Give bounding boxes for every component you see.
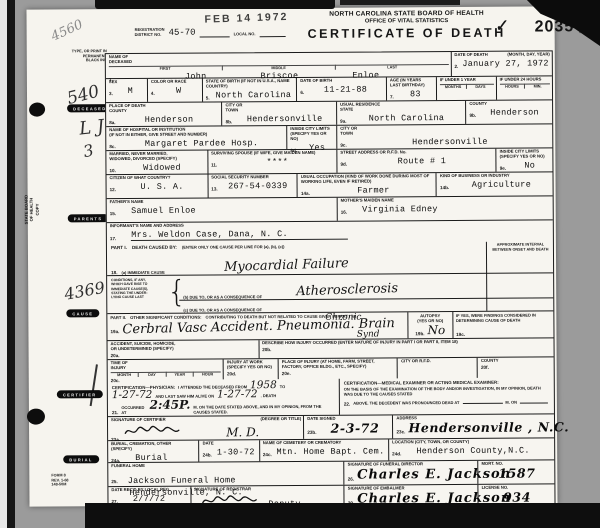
field-label-row: CITY OR TOWN (340, 125, 550, 136)
margin-handwriting-lj: L J (78, 116, 105, 140)
form-rows-injury: ACCIDENT, SUICIDE, HOMICIDE, OR UNDETERM… (108, 338, 554, 380)
interval-column-header: APPROXIMATE INTERVAL BETWEEN ONSET AND D… (489, 242, 552, 251)
field-label: CITIZEN OF WHAT COUNTRY? (110, 176, 171, 181)
form-row: NAME OF HOSPITAL OR INSTITUTION (IF NOT … (106, 124, 552, 151)
field-value: Hendersonville , N.C. (408, 421, 569, 434)
conditions-note: CONDITIONS, IF ANY, WHICH GAVE RISE TO I… (107, 276, 167, 313)
field-value-row: 20a. (111, 352, 257, 358)
field-label: DATE OF BIRTH (300, 79, 332, 84)
field-value: **** (267, 157, 289, 167)
field-label: MOTHER'S MAIDEN NAME (341, 198, 394, 203)
field-number: 19b. (415, 331, 424, 336)
sub-column-label: DAY (138, 372, 166, 378)
local-number-label: LOCAL NO. (234, 32, 256, 37)
field-number: 20c. (111, 378, 120, 383)
scan-edge-bottom (85, 503, 600, 528)
field-cell: IF UNDER 1 YEARMONTHSDAYS (437, 77, 497, 100)
field-number: 2. (454, 64, 458, 69)
field-number: 23b. (307, 430, 316, 435)
scan-edge-top (95, 0, 335, 9)
field-number: 9c. (340, 143, 346, 148)
sub-column-label: FIRST (109, 65, 222, 71)
field-number: 24d. (392, 451, 401, 456)
field-number: 16. (341, 210, 347, 215)
field-number: 5. (206, 95, 210, 100)
field-label: SOCIAL SECURITY NUMBER (211, 175, 269, 180)
field-value-row: 9d.Route # 1 (340, 156, 493, 167)
field-value: January 27, 1972 (462, 58, 548, 69)
field-cell: DATE OF BIRTH6.11-21-88 (297, 77, 387, 101)
tab-cause: CAUSE (66, 309, 99, 317)
field-label-row: STATE OF BIRTH (IF NOT IN U.S.A., NAME C… (206, 79, 295, 89)
field-number: 25. (111, 479, 117, 484)
field-label: CITY OR TOWN (340, 127, 357, 137)
field-label: ACCIDENT, SUICIDE, HOMICIDE, OR UNDETERM… (111, 342, 176, 352)
field-value-row: 23b.2-3-72 (307, 422, 390, 435)
sub-column-label: YEAR (165, 372, 193, 378)
sub-column-label: HOURS (500, 84, 525, 90)
field-value: U. S. A. (140, 182, 183, 192)
field-label-row: SEX (109, 80, 145, 85)
field-label: USUAL RESIDENCE STATE (340, 102, 380, 112)
field-cell: SIGNATURE OF FUNERAL DIRECTOR26.Charles … (345, 461, 479, 485)
field-number: 7. (390, 94, 394, 99)
board-name: NORTH CAROLINA STATE BOARD OF HEALTH (302, 10, 512, 18)
field-value-row: 1587 (481, 467, 552, 480)
field-value: Burial (135, 453, 167, 463)
due-to-line-b: (b) DUE TO, OR AS A CONSEQUENCE OF Ather… (179, 273, 553, 300)
field-number: 19c. (456, 332, 465, 337)
field-number: 9a. (340, 119, 346, 124)
field-value-row: 8b.Hendersonville (226, 114, 335, 125)
field-value-row: 20d. (227, 371, 276, 376)
pronounced-dead-blank (462, 397, 502, 404)
examiner-line-2: ABOVE. THE DECEDENT WAS PRONOUNCED DEAD … (353, 400, 459, 406)
local-number-blank-rule (260, 30, 286, 37)
field-label-row: CITIZEN OF WHAT COUNTRY? (110, 176, 206, 182)
field-label: CITY OR R.F.D. (401, 359, 431, 364)
one-cause-note: (ENTER ONLY ONE CAUSE PER LINE FOR (a), … (182, 244, 284, 250)
field-value: 83 (410, 89, 421, 99)
last-seen-alive-value: 1-27-72 (217, 391, 258, 400)
field-number: 11. (211, 162, 217, 167)
field-value-row: 24c.Mtn. Home Bapt. Cem. (263, 446, 386, 457)
examiner-body-text: ON THE BASIS OF THE EXAMINATION OF THE B… (344, 385, 551, 397)
field-cell: LOCATION (CITY, TOWN, OR COUNTY)24d.Hend… (389, 438, 554, 460)
part1-label: PART I. (111, 245, 127, 250)
field-value: Henderson (145, 115, 194, 125)
registration-district-value: 45-70 (169, 28, 196, 38)
field-value: Henderson (490, 107, 539, 117)
field-label: COUNTY (481, 359, 499, 364)
due-to-lines: (b) DUE TO, OR AS A CONSEQUENCE OF Ather… (179, 273, 553, 312)
field-value-row: 14a.Farmer (301, 185, 434, 196)
field-cell: NAME OF HOSPITAL OR INSTITUTION (IF NOT … (106, 126, 287, 150)
field-label-row: IF UNDER 1 YEAR (440, 78, 494, 83)
field-number: 15. (110, 211, 116, 216)
examiner-cert-title: CERTIFICATION—MEDICAL EXAMINER OR ACTING… (344, 380, 499, 386)
field-cell: TIME OF INJURYMONTHDAYYEARHOUR20c. (108, 359, 224, 380)
field-label: MARRIED, NEVER MARRIED, WIDOWED, DIVORCE… (109, 152, 177, 162)
field-sub-columns: MONTHDAYYEARHOUR (111, 371, 221, 377)
field-number: 20b. (262, 347, 271, 352)
field-cell: SURVIVING SPOUSE (IF WIFE, GIVE MAIDEN N… (208, 150, 337, 174)
field-label: BURIAL, CREMATION, OTHER (SPECIFY) (111, 442, 171, 452)
field-value: W (176, 86, 181, 96)
field-value-row: 24d.Henderson County,N.C. (392, 445, 552, 456)
part2-label: PART II. (110, 315, 126, 320)
field-value-row: 6.11-21-88 (300, 84, 384, 95)
field-number: 26. (348, 477, 354, 482)
field-label: STATE OF BIRTH (IF NOT IN U.S.A., NAME C… (206, 79, 295, 89)
field-value: Henderson County,N.C. (416, 446, 529, 457)
field-label-row: KIND OF BUSINESS OR INDUSTRY (440, 173, 551, 179)
field-cell: STREET ADDRESS OR R.F.D. No.9d.Route # 1 (337, 149, 496, 173)
field-value: 2-3-72 (331, 422, 380, 435)
field-cell: IF UNDER 24 HOURSHOURSMIN. (497, 76, 552, 99)
due-to-line-c: (c) DUE TO, OR AS A CONSEQUENCE OF (179, 298, 553, 312)
form-row: BURIAL, CREMATION, OTHER (SPECIFY)24a.Bu… (108, 438, 554, 463)
field-label-row: STREET ADDRESS OR R.F.D. No. (340, 150, 493, 156)
field-cell: FATHER'S NAME15.Samuel Enloe (107, 198, 338, 222)
sub-column-label: MIDDLE (221, 65, 335, 71)
form-row: SIGNATURE OF CERTIFIER(DEGREE OR TITLE)2… (108, 414, 554, 441)
field-label: CITY OR TOWN (225, 103, 242, 113)
field-number: 14b. (440, 185, 449, 190)
form-row: FUNERAL HOME25.Jackson Funeral HomeHende… (108, 460, 554, 487)
field-value: 1-30-72 (217, 447, 255, 457)
margin-handwriting-3: 3 (81, 140, 95, 161)
field-cell: USUAL OCCUPATION (KIND OF WORK DONE DURI… (298, 173, 437, 197)
field-value: Hendersonville (247, 114, 323, 124)
punch-hole-top (28, 101, 46, 117)
field-value-row: 20f. (481, 364, 552, 369)
field-number: 17. (110, 236, 116, 241)
findings-field: IF YES, WERE FINDINGS CONSIDERED IN DETE… (453, 311, 554, 338)
field-value-row: 8a.Henderson (109, 114, 219, 125)
brace-glyph: { (167, 276, 179, 313)
received-date-stamp: FEB 14 1972 (204, 11, 288, 26)
field-label-row: NAME OF DECEASED (109, 53, 449, 65)
field-number: 20f. (481, 365, 489, 370)
field-label-row: INSIDE CITY LIMITS (SPECIFY YES OR NO) (500, 149, 551, 159)
field-label-row: TIME OF INJURY (111, 360, 221, 371)
field-value: No (524, 160, 535, 170)
field-number: 23c. (396, 430, 405, 435)
field-number: 12. (110, 187, 116, 192)
copy-note: STATE BOARD OF HEALTH COPY (24, 188, 40, 232)
immediate-cause-label: (a) IMMEDIATE CAUSE (121, 270, 164, 275)
field-sub-columns: MONTHSDAYS (440, 84, 494, 90)
form-number-note: FORM 8 REV. 1-68 148-50M (51, 473, 91, 487)
field-label-row: COLOR OR RACE (151, 80, 200, 85)
field-value-row: 20c. (111, 378, 221, 384)
field-value-row: 9a.North Carolina (340, 113, 463, 124)
field-label-row: BURIAL, CREMATION, OTHER (SPECIFY) (111, 442, 196, 452)
physician-text-4: . DEATH (261, 393, 277, 398)
registration-district: REGISTRATION DISTRICT NO. 45-70 LOCAL NO… (135, 27, 286, 38)
field-value-row: 24b.1-30-72 (203, 447, 257, 457)
agency-heading: NORTH CAROLINA STATE BOARD OF HEALTH OFF… (302, 10, 512, 41)
field-label-row: COUNTY (469, 101, 550, 106)
field-number: 20e. (282, 371, 291, 376)
pronounced-date-blank (520, 397, 548, 404)
autopsy-label: AUTOPSY (YES OR NO) (408, 313, 452, 323)
field-label: NAME OF CEMETERY OR CREMATORY (263, 441, 342, 446)
field-number: 4. (151, 91, 155, 96)
form-rows-top: NAME OF DECEASEDFIRSTMIDDLELAST1.John Br… (106, 51, 553, 244)
field-cell: COLOR OR RACE4.W (148, 79, 203, 102)
field-label-row: MARRIED, NEVER MARRIED, WIDOWED, DIVORCE… (109, 152, 205, 162)
field-label: INJURY AT WORK (SPECIFY YES OR NO) (227, 360, 272, 370)
field-cell: COUNTY9b.Henderson (466, 100, 552, 124)
field-value: M (128, 86, 133, 96)
tab-certifier: CERTIFIER (57, 390, 103, 398)
time-of-death-value: 2:45P. (150, 400, 191, 410)
field-value-row: 4.W (151, 86, 200, 96)
field-label: SIGNATURE OF CERTIFIER (111, 418, 166, 423)
field-label-row: USUAL OCCUPATION (KIND OF WORK DONE DURI… (301, 174, 434, 185)
field-label-row: INSIDE CITY LIMITS (SPECIFY YES OR NO) (290, 127, 334, 142)
field-number: 20d. (227, 371, 236, 376)
field-label: DATE OF DEATH (454, 53, 487, 58)
field-label-row: CITY OR R.F.D. (401, 359, 475, 364)
field-cell: MARRIED, NEVER MARRIED, WIDOWED, DIVORCE… (106, 151, 208, 175)
field-label-row: LOCATION (CITY, TOWN, OR COUNTY) (392, 439, 552, 445)
field-value: Mrs. Weldon Case, Dana, N. C. (131, 229, 348, 241)
field-cell: INSIDE CITY LIMITS (SPECIFY YES OR NO)9e… (497, 148, 553, 171)
field-value: Widowed (143, 163, 181, 173)
field-number: 14a. (301, 191, 310, 196)
field-cell: DATE24b.1-30-72 (200, 440, 260, 461)
field-value-row: 15.Samuel Enloe (110, 205, 335, 216)
field-label: DATE (203, 441, 214, 446)
field-cell: FUNERAL HOME25.Jackson Funeral HomeHende… (108, 462, 345, 486)
examiner-m-on: M. ON (505, 400, 517, 405)
field-cell: CITY OR R.F.D. (398, 358, 478, 378)
field-value-row: 14b.Agriculture (440, 179, 551, 190)
field-label: INFORMANT'S NAME AND ADDRESS (110, 224, 184, 229)
field-cell: PLACE OF INJURY (AT HOME, FARM, STREET, … (279, 358, 399, 379)
field-cell: NAME OF DECEASEDFIRSTMIDDLELAST1.John Br… (106, 52, 452, 78)
field-cell: DESCRIBE HOW INJURY OCCURRED (ENTER NATU… (259, 338, 553, 358)
field-value-row: 3.M (109, 86, 145, 96)
field-label: IF UNDER 24 HOURS (500, 77, 542, 82)
field-label-row: SIGNATURE OF REGISTRAR (194, 487, 342, 493)
field-value-row: 24a.Burial (111, 452, 196, 463)
field-number: 24b. (203, 452, 212, 457)
form-row: INFORMANT'S NAME AND ADDRESS17.Mrs. Weld… (107, 220, 553, 244)
field-cell: BURIAL, CREMATION, OTHER (SPECIFY)24a.Bu… (108, 441, 200, 463)
field-number: 8b. (226, 119, 233, 124)
field-label: SEX (109, 80, 117, 85)
form-row: SEX3.MCOLOR OR RACE4.WSTATE OF BIRTH (IF… (106, 76, 552, 103)
field-label-right: (MONTH, DAY, YEAR) (507, 52, 549, 57)
certificate-paper: 4560 TYPE, OR PRINT IN PERMANENT BLACK I… (26, 6, 557, 506)
field-number: 9b. (469, 113, 476, 118)
margin-handwriting-4560: 4560 (49, 17, 85, 44)
certificate-form: NAME OF DECEASEDFIRSTMIDDLELAST1.John Br… (105, 50, 556, 509)
field-cell: ACCIDENT, SUICIDE, HOMICIDE, OR UNDETERM… (108, 340, 260, 359)
medical-examiner-certification: CERTIFICATION—MEDICAL EXAMINER OR ACTING… (340, 377, 554, 414)
physician-text-6: M. ON THE DATE STATED ABOVE, AND IN MY O… (193, 404, 336, 415)
form-row: MARRIED, NEVER MARRIED, WIDOWED, DIVORCE… (106, 148, 552, 175)
field-label-row: COUNTY (481, 358, 552, 363)
field-label-row: IF UNDER 24 HOURS (500, 77, 550, 82)
field-value-row: 13.267-54-0339 (211, 181, 295, 192)
margin-pencil-stroke (90, 364, 98, 406)
field-label: USUAL OCCUPATION (KIND OF WORK DONE DURI… (301, 174, 434, 185)
field-value: Jackson Funeral Home (128, 475, 236, 486)
field-value: North Carolina (216, 90, 292, 100)
field-cell: SOCIAL SECURITY NUMBER13.267-54-0339 (208, 174, 298, 198)
field-label: PLACE OF INJURY (AT HOME, FARM, STREET, … (282, 359, 375, 369)
registration-blank-rule (200, 30, 230, 37)
sub-column-label: MIN. (524, 83, 550, 89)
field-number: 18. (111, 270, 117, 275)
field-value-row: 12.U. S. A. (110, 181, 206, 192)
field-label-row: DATE (203, 441, 257, 446)
field-label-row: NAME OF CEMETERY OR CREMATORY (263, 440, 386, 446)
field-label-row: DATE REC'D BY LOCAL REG. (111, 488, 188, 493)
field-label: FUNERAL HOME (111, 464, 145, 469)
field-number: 20a. (111, 353, 120, 358)
field-label: LOCATION (CITY, TOWN, OR COUNTY) (392, 440, 469, 445)
field-label: DATE REC'D BY LOCAL REG. (111, 488, 170, 493)
field-cell: INSIDE CITY LIMITS (SPECIFY YES OR NO)8d… (287, 126, 337, 149)
field-cell: STATE OF BIRTH (IF NOT IN U.S.A., NAME C… (203, 78, 298, 102)
field-label: AGE (IN YEARS LAST BIRTHDAY) (390, 78, 425, 88)
field-label-row: USUAL RESIDENCE STATE (340, 102, 463, 113)
field-cell: USUAL RESIDENCE STATE9a.North Carolina (337, 101, 466, 125)
field-cell: NAME OF CEMETERY OR CREMATORY24c.Mtn. Ho… (260, 439, 389, 461)
field-label-row: ACCIDENT, SUICIDE, HOMICIDE, OR UNDETERM… (111, 341, 257, 352)
findings-label: IF YES, WERE FINDINGS CONSIDERED IN DETE… (456, 312, 551, 323)
field-value-row: 20b. (262, 345, 551, 352)
field-value-row: 2.January 27, 1972 (454, 58, 549, 69)
field-number: 24c. (263, 452, 272, 457)
field-value: Route # 1 (398, 156, 447, 166)
field-cell: CITY OR TOWN8b.Hendersonville (222, 102, 337, 126)
field-label: IF UNDER 1 YEAR (440, 78, 476, 83)
field-value-row: 11.**** (211, 157, 334, 168)
immediate-cause-value: Myocardial Failure (224, 257, 349, 274)
field-label-row: DATE OF BIRTH (300, 78, 384, 83)
field-cell: CITIZEN OF WHAT COUNTRY?12.U. S. A. (106, 175, 208, 199)
field-label: SURVIVING SPOUSE (IF WIFE, GIVE MAIDEN N… (211, 151, 315, 157)
office-name: OFFICE OF VITAL STATISTICS (302, 18, 512, 25)
field-value: Margaret Pardee Hosp. (145, 138, 258, 149)
field-label-row: CITY OR TOWN (225, 103, 334, 114)
punch-hole-bottom (27, 409, 45, 425)
certificate-header: FEB 14 1972 REGISTRATION DISTRICT NO. 45… (86, 8, 550, 53)
form-row: FATHER'S NAME15.Samuel EnloeMOTHER'S MAI… (107, 196, 553, 223)
field-value: Agriculture (472, 179, 531, 189)
field-label-right: (DEGREE OR TITLE) (260, 417, 301, 422)
physician-text-5: OCCURRED AT (121, 405, 146, 416)
field-value-row: 8c.Margaret Pardee Hosp. (109, 138, 284, 149)
sub-column-label: DAYS (466, 84, 493, 90)
field-number: 6. (300, 90, 304, 95)
field-label-row: DATE OF DEATH(MONTH, DAY, YEAR) (454, 52, 549, 58)
field-number: 22. (344, 401, 350, 406)
tab-parents: PARENTS (68, 214, 109, 222)
field-value: Farmer (357, 185, 389, 195)
part2-row: PART II. OTHER SIGNIFICANT CONDITIONS: C… (107, 311, 553, 341)
form-rows-bottom: SIGNATURE OF CERTIFIER(DEGREE OR TITLE)2… (108, 414, 555, 508)
field-cell: PLACE OF DEATH COUNTY8a.Henderson (106, 102, 223, 126)
field-label: PLACE OF DEATH COUNTY (109, 104, 146, 114)
field-label: NAME OF HOSPITAL OR INSTITUTION (IF NOT … (109, 128, 207, 139)
field-value-row: 9c.Hendersonville (340, 136, 550, 147)
autopsy-field: AUTOPSY (YES OR NO) 19b. No (408, 312, 453, 338)
field-value-row: 7.83 (390, 89, 434, 99)
margin-handwriting-4369: 4369 (63, 278, 106, 304)
field-label: COLOR OR RACE (151, 80, 187, 85)
field-value: North Carolina (369, 113, 445, 123)
scan-edge-white (0, 0, 7, 528)
field-label-row: SURVIVING SPOUSE (IF WIFE, GIVE MAIDEN N… (211, 151, 334, 157)
sub-column-label: LAST (335, 64, 449, 70)
field-value-row: 23c.Hendersonville , N.C. (396, 421, 552, 434)
form-row: PLACE OF DEATH COUNTY8a.HendersonCITY OR… (106, 100, 552, 127)
other-conditions-field: PART II. OTHER SIGNIFICANT CONDITIONS: C… (107, 312, 408, 340)
due-to-value-b: Atherosclerosis (296, 282, 398, 298)
cause-section: APPROXIMATE INTERVAL BETWEEN ONSET AND D… (107, 241, 553, 314)
field-sub-columns: HOURSMIN. (500, 83, 550, 89)
scan-edge-black (7, 0, 15, 528)
field-label: COUNTY (469, 102, 487, 107)
field-cell: SIGNATURE OF CERTIFIER(DEGREE OR TITLE)2… (108, 416, 304, 440)
due-to-label-b: (b) DUE TO, OR AS A CONSEQUENCE OF (183, 294, 262, 299)
field-label: TIME OF INJURY (111, 361, 128, 371)
field-value-row: 5.North Carolina (206, 90, 295, 101)
field-value: 1587 (498, 467, 535, 480)
field-label: NAME OF DECEASED (109, 55, 132, 65)
field-cell: ADDRESS23c.Hendersonville , N.C. (393, 414, 554, 438)
field-value-row: 10.Widowed (109, 162, 205, 173)
field-number: 3. (109, 91, 113, 96)
field-value-row: 16.Virginia Edney (341, 203, 551, 214)
field-label-row: AGE (IN YEARS LAST BIRTHDAY) (390, 78, 434, 88)
handwritten-checkmark: ✓ (493, 16, 508, 36)
death-caused-by-label: DEATH CAUSED BY: (132, 245, 177, 250)
scan-edge-top-2 (340, 0, 460, 5)
part2-title: OTHER SIGNIFICANT CONDITIONS: (130, 315, 201, 320)
registration-district-label: REGISTRATION DISTRICT NO. (135, 28, 165, 38)
document-title: CERTIFICATE OF DEATH (302, 25, 512, 40)
field-value: 11-21-88 (324, 84, 367, 94)
signature-scribble (123, 424, 181, 442)
field-value-row: 26.Charles E. Jackson (348, 468, 476, 482)
sub-column-label: MONTHS (440, 84, 466, 90)
field-cell: COUNTY20f. (478, 357, 554, 377)
field-label: KIND OF BUSINESS OR INDUSTRY (440, 174, 510, 179)
field-value-row: 9e.No (500, 160, 551, 170)
physician-certification: CERTIFICATION—PHYSICIAN: I ATTENDED THE … (108, 379, 340, 416)
field-value: M. D. (226, 426, 259, 438)
field-cell: MORT. NO.1587 (478, 460, 554, 483)
field-cell: DATE SIGNED23b.2-3-72 (304, 415, 393, 439)
field-label-row: PLACE OF INJURY (AT HOME, FARM, STREET, … (282, 359, 395, 370)
scanned-death-certificate: 4560 TYPE, OR PRINT IN PERMANENT BLACK I… (0, 0, 600, 528)
field-number: 13. (211, 186, 217, 191)
attended-to-value: 1-27-72 (112, 391, 153, 400)
field-number: 8a. (109, 120, 115, 125)
field-label: STREET ADDRESS OR R.F.D. No. (340, 150, 406, 155)
field-cell: SEX3.M (106, 79, 148, 102)
field-label: SIGNATURE OF REGISTRAR (194, 487, 251, 492)
